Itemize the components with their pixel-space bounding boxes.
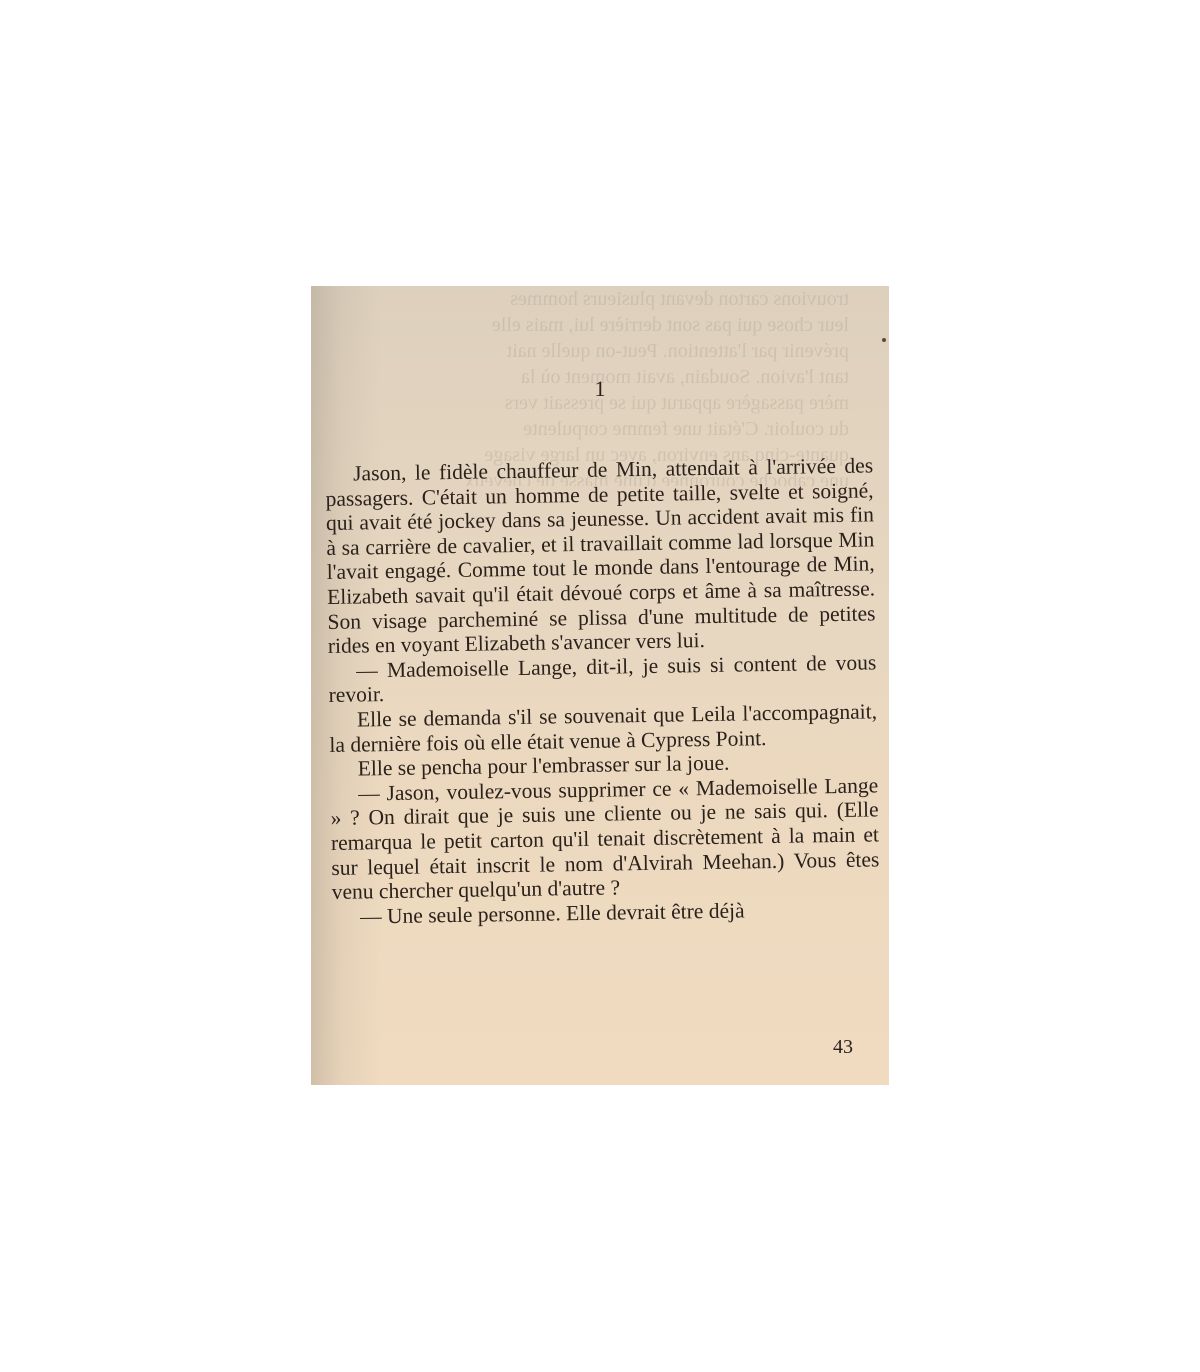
paragraph: Jason, le fidèle chauffeur de Min, atten… (325, 453, 876, 658)
bleed-line: trouvions carton devant plusieurs hommes (331, 286, 849, 312)
paragraph: Elle se demanda s'il se souvenait que Le… (329, 699, 878, 757)
paragraph: — Mademoiselle Lange, dit-il, je suis si… (328, 650, 877, 708)
paper-speck (882, 338, 886, 342)
bleed-line: prévenir par l'attention. Peut-on quelle… (331, 338, 849, 364)
chapter-number: 1 (311, 376, 889, 402)
bleed-line: leur chose qui pas sont derrière lui, ma… (331, 312, 849, 338)
page-number: 43 (833, 1036, 853, 1059)
book-page: trouvions carton devant plusieurs hommes… (311, 286, 889, 1085)
body-text: Jason, le fidèle chauffeur de Min, atten… (325, 453, 880, 929)
bleed-line: du couloir. C'était une femme corpulente (331, 416, 849, 442)
paragraph: — Jason, voulez-vous supprimer ce « Made… (330, 773, 880, 905)
